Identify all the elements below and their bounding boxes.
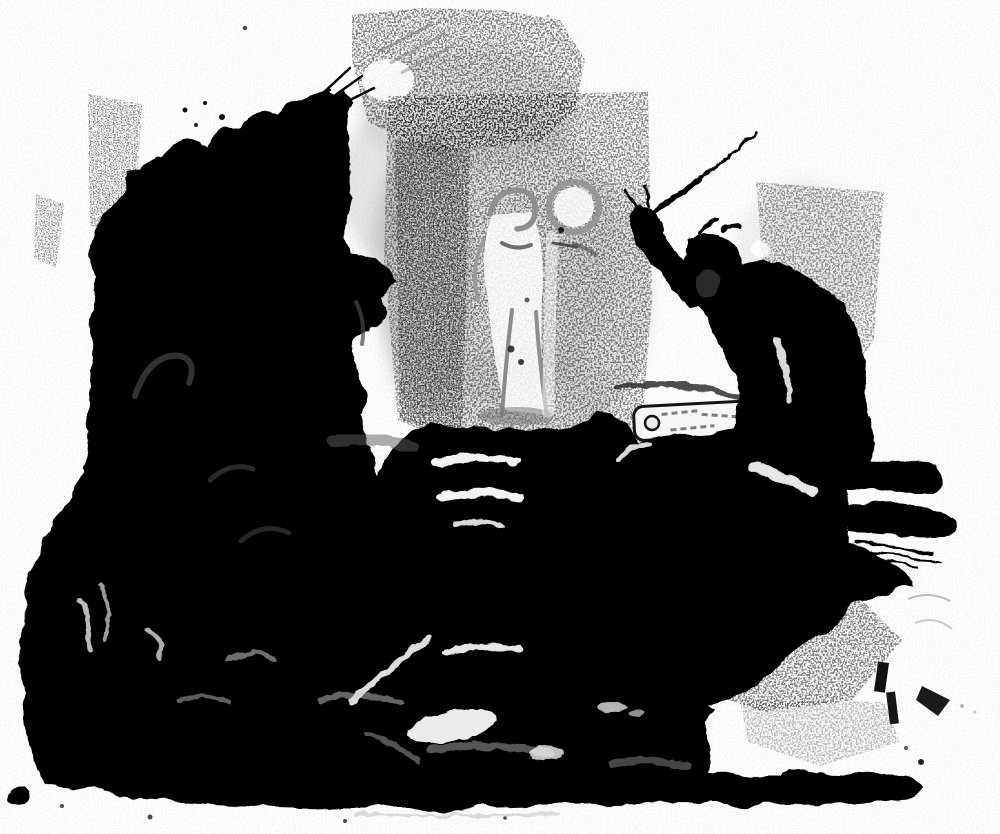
scratch-white-bit-a xyxy=(528,746,564,760)
scratch-white-bit-c xyxy=(628,709,644,717)
underbar-speck-c xyxy=(503,816,507,820)
melee-illustration xyxy=(0,0,1000,834)
carriage-ring-bolt xyxy=(645,416,660,431)
scratch-plank-a xyxy=(436,458,516,462)
right-dust-a xyxy=(960,704,964,708)
ink-speck-top-mid xyxy=(547,15,550,18)
stipple-top-white-hole xyxy=(362,59,414,101)
ghost-one-dot-c xyxy=(525,298,530,303)
swordsman-collar-notch xyxy=(751,241,769,259)
ghost-two-eye xyxy=(558,227,564,233)
swordsman-face-relief xyxy=(696,269,720,299)
ink-speck-top-left xyxy=(243,26,247,30)
underbar-speck-d xyxy=(60,804,64,808)
ghost-two-face xyxy=(554,187,594,227)
edge-fleck-d xyxy=(194,123,198,127)
scratch-white-bit-b xyxy=(598,702,626,712)
edge-fleck-b xyxy=(203,101,207,105)
ghost-gap-column xyxy=(548,238,552,412)
ghost-one-dot-b xyxy=(518,359,524,365)
edge-fleck-a xyxy=(183,108,188,113)
debris-dot-b xyxy=(904,746,908,750)
ghost-one-dot-a xyxy=(508,346,515,353)
debris-dot-a xyxy=(918,759,924,765)
underbar-speck-b xyxy=(343,819,347,823)
underbar-speck-a xyxy=(148,815,153,820)
scratch-plank-b xyxy=(442,493,521,498)
baseline-left-blob xyxy=(8,789,34,807)
stipple-left-column xyxy=(395,140,470,440)
right-dust-b xyxy=(974,711,977,714)
illustration-page xyxy=(0,0,1000,834)
baseline-bar xyxy=(96,766,924,809)
cutlass-tip-fleck xyxy=(754,131,757,134)
edge-fleck-c xyxy=(219,114,225,120)
